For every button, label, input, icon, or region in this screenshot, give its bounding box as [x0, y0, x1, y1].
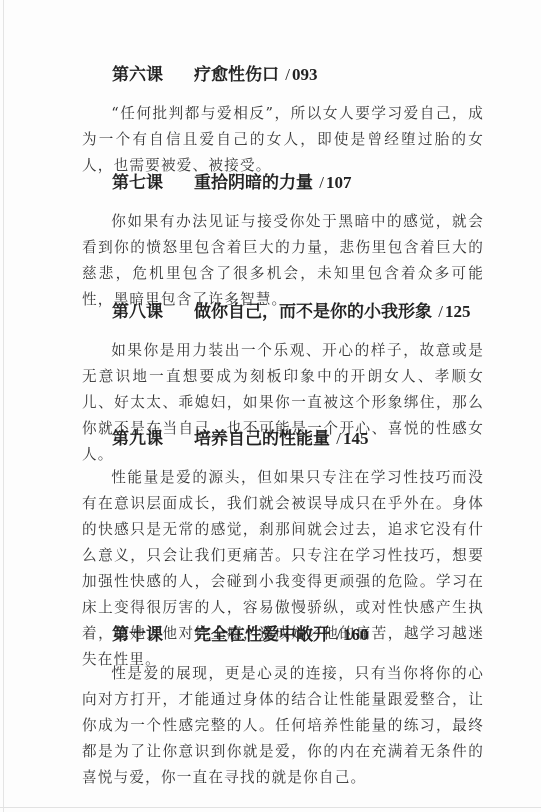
page-number: 160 — [343, 625, 369, 644]
page-number: 093 — [292, 65, 318, 84]
page-number: 125 — [445, 302, 471, 321]
lesson-title: 做你自己，而不是你的小我形象 — [194, 302, 432, 321]
section-heading: 第十课完全在性爱中敞开 /160 — [82, 623, 484, 647]
section-heading: 第八课做你自己，而不是你的小我形象 /125 — [82, 300, 484, 324]
page-number: 107 — [326, 173, 352, 192]
page-number: 145 — [343, 429, 369, 448]
section-summary: “任何批判都与爱相反”，所以女人要学习爱自己，成为一个有自信且爱自己的女人，即使… — [82, 101, 484, 179]
section-summary: 性是爱的展现，更是心灵的连接，只有当你将你的心向对方打开，才能通过身体的结合让性… — [82, 661, 484, 791]
separator: / — [319, 173, 324, 192]
separator: / — [336, 429, 341, 448]
lesson-number: 第九课 — [112, 427, 194, 451]
separator: / — [285, 65, 290, 84]
lesson-title: 完全在性爱中敞开 — [194, 625, 330, 644]
lesson-number: 第七课 — [112, 171, 194, 195]
lesson-number: 第八课 — [112, 300, 194, 324]
lesson-number: 第十课 — [112, 623, 194, 647]
separator: / — [336, 625, 341, 644]
page-edge-bottom — [0, 807, 541, 808]
section-summary: 你如果有办法见证与接受你处于黑暗中的感觉，就会看到你的愤怒里包含着巨大的力量，悲… — [82, 209, 484, 313]
separator: / — [438, 302, 443, 321]
section-lesson-7: 第七课重拾阴暗的力量 /107 你如果有办法见证与接受你处于黑暗中的感觉，就会看… — [82, 171, 484, 313]
section-lesson-6: 第六课疗愈性伤口 /093 “任何批判都与爱相反”，所以女人要学习爱自己，成为一… — [82, 63, 484, 179]
section-lesson-10: 第十课完全在性爱中敞开 /160 性是爱的展现，更是心灵的连接，只有当你将你的心… — [82, 623, 484, 791]
lesson-title: 疗愈性伤口 — [194, 65, 279, 84]
section-heading: 第九课培养自己的性能量 /145 — [82, 427, 484, 451]
section-heading: 第六课疗愈性伤口 /093 — [82, 63, 484, 87]
lesson-title: 重拾阴暗的力量 — [194, 173, 313, 192]
lesson-number: 第六课 — [112, 63, 194, 87]
page-edge-left — [3, 0, 4, 812]
section-heading: 第七课重拾阴暗的力量 /107 — [82, 171, 484, 195]
lesson-title: 培养自己的性能量 — [194, 429, 330, 448]
